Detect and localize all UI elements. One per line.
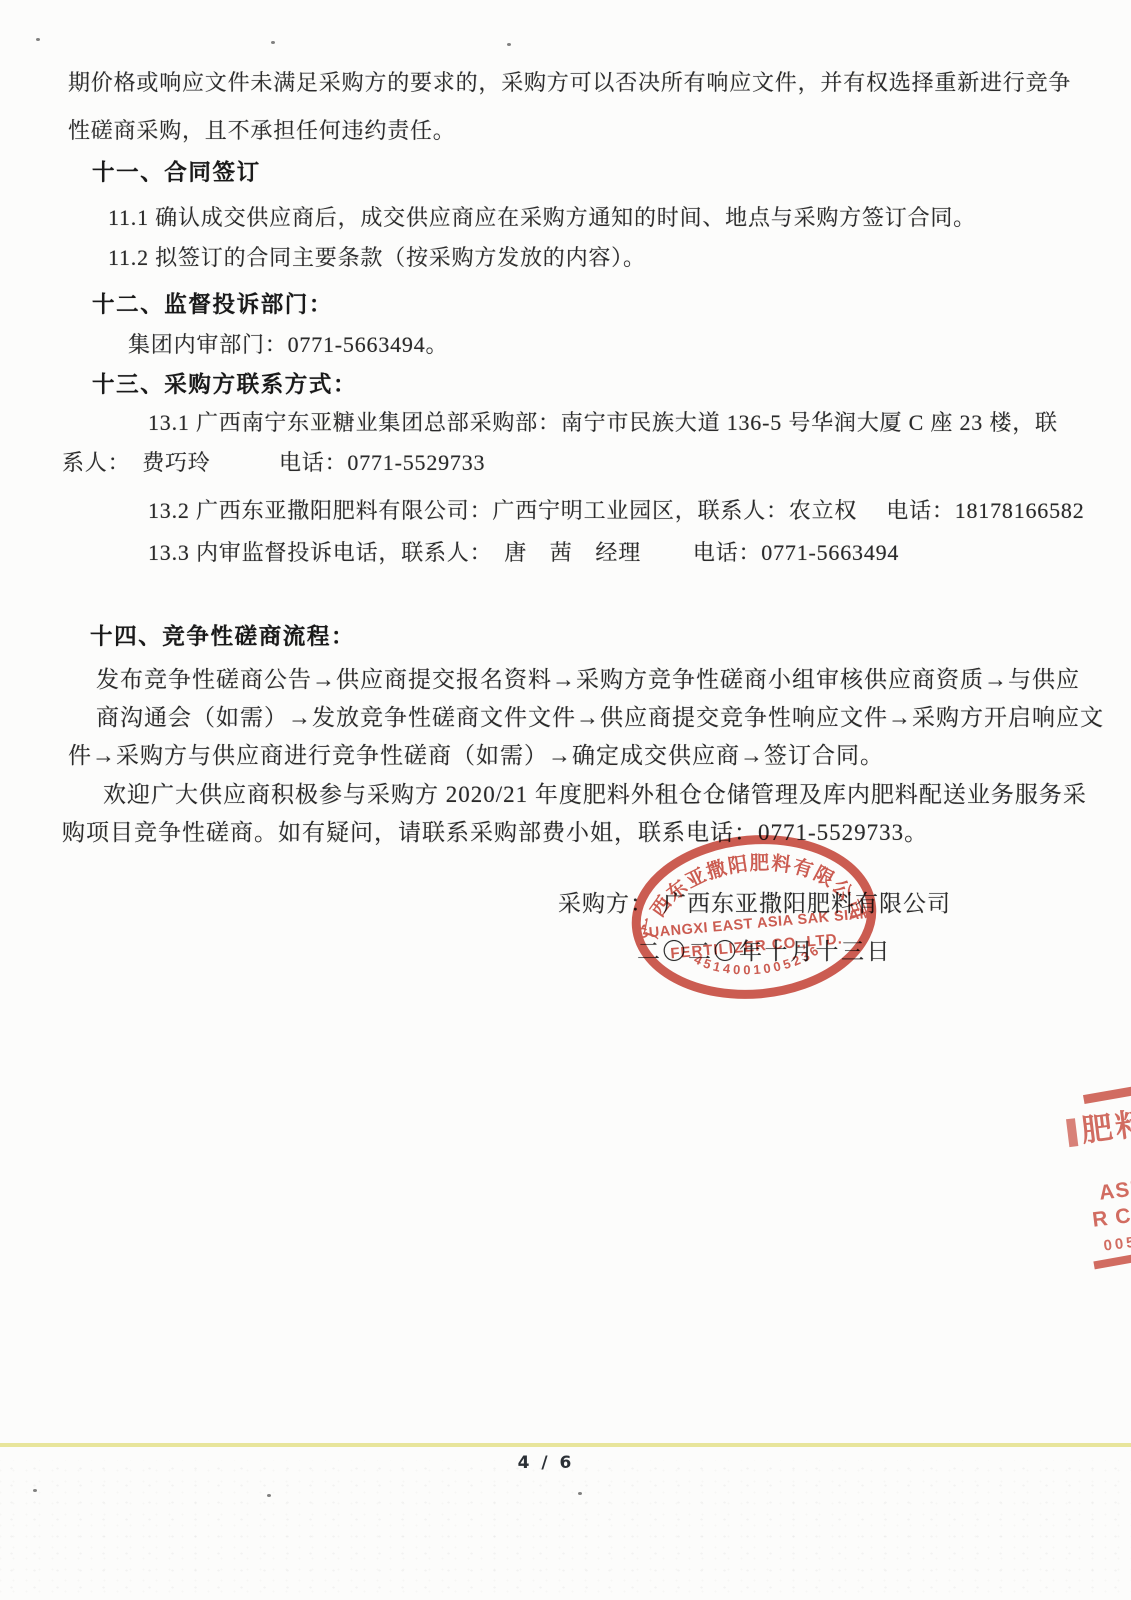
clause-line-11-1: 11.1 确认成交供应商后，成交供应商应在采购方通知的时间、地点与采购方签订合同… <box>108 201 976 232</box>
clause-line-11-2: 11.2 拟签订的合同主要条款（按采购方发放的内容）。 <box>108 241 646 272</box>
clause-line-13-3: 13.3 内审监督投诉电话，联系人： 唐 茜 经理 电话：0771-566349… <box>148 536 899 567</box>
section-heading-12: 十二、监督投诉部门： <box>92 287 333 319</box>
edge-stamp-text-rco: R CO. <box>1091 1201 1131 1233</box>
clause-line-13-1: 13.1 广西南宁东亚糖业集团总部采购部：南宁市民族大道 136-5 号华润大厦… <box>148 406 1058 437</box>
edge-stamp-number: 0052 <box>1103 1232 1131 1254</box>
scan-grain-texture <box>0 1460 1131 1600</box>
section-heading-14: 十四、竞争性磋商流程： <box>90 619 355 651</box>
paragraph-line: 性磋商采购，且不承担任何违约责任。 <box>68 114 456 145</box>
edge-partial-stamp: 肥料 ASIA R CO. 0052 <box>1042 1073 1131 1281</box>
paragraph-line: 期价格或响应文件未满足采购方的要求的，采购方可以否决所有响应文件，并有权选择重新… <box>68 66 1071 97</box>
section-heading-11: 十一、合同签订 <box>92 155 261 187</box>
company-seal-stamp: 广西东亚撒阳肥料有限公司 GUANGXI EAST ASIA SAK SIAM … <box>624 830 884 1004</box>
clause-line-13-2: 13.2 广西东亚撒阳肥料有限公司：广西宁明工业园区，联系人：农立权 电话：18… <box>148 494 1085 525</box>
scan-speck <box>507 43 511 46</box>
process-flow-line: 件→采购方与供应商进行竞争性磋商（如需）→确定成交供应商→签订合同。 <box>68 737 884 770</box>
section-heading-13: 十三、采购方联系方式： <box>92 367 357 399</box>
process-flow-line: 发布竞争性磋商公告→供应商提交报名资料→采购方竞争性磋商小组审核供应商资质→与供… <box>96 661 1080 694</box>
scan-speck <box>271 41 275 44</box>
edge-stamp-text-asia: ASIA <box>1098 1175 1131 1205</box>
scan-speck <box>36 38 40 41</box>
edge-stamp-chinese-fragment: 肥料 <box>1078 1097 1131 1150</box>
edge-stamp-glyph-sliver <box>1066 1118 1078 1147</box>
scanned-document-page: 期价格或响应文件未满足采购方的要求的，采购方可以否决所有响应文件，并有权选择重新… <box>0 0 1131 1600</box>
process-flow-line: 商沟通会（如需）→发放竞争性磋商文件文件→供应商提交竞争性响应文件→采购方开启响… <box>96 699 1104 732</box>
audit-phone-line: 集团内审部门：0771-5663494。 <box>128 328 448 359</box>
footer-rule <box>0 1443 1131 1447</box>
clause-line-13-1-cont: 系人： 费巧玲 电话：0771-5529733 <box>62 446 485 477</box>
welcome-line: 欢迎广大供应商积极参与采购方 2020/21 年度肥料外租仓仓储管理及库内肥料配… <box>103 776 1087 809</box>
